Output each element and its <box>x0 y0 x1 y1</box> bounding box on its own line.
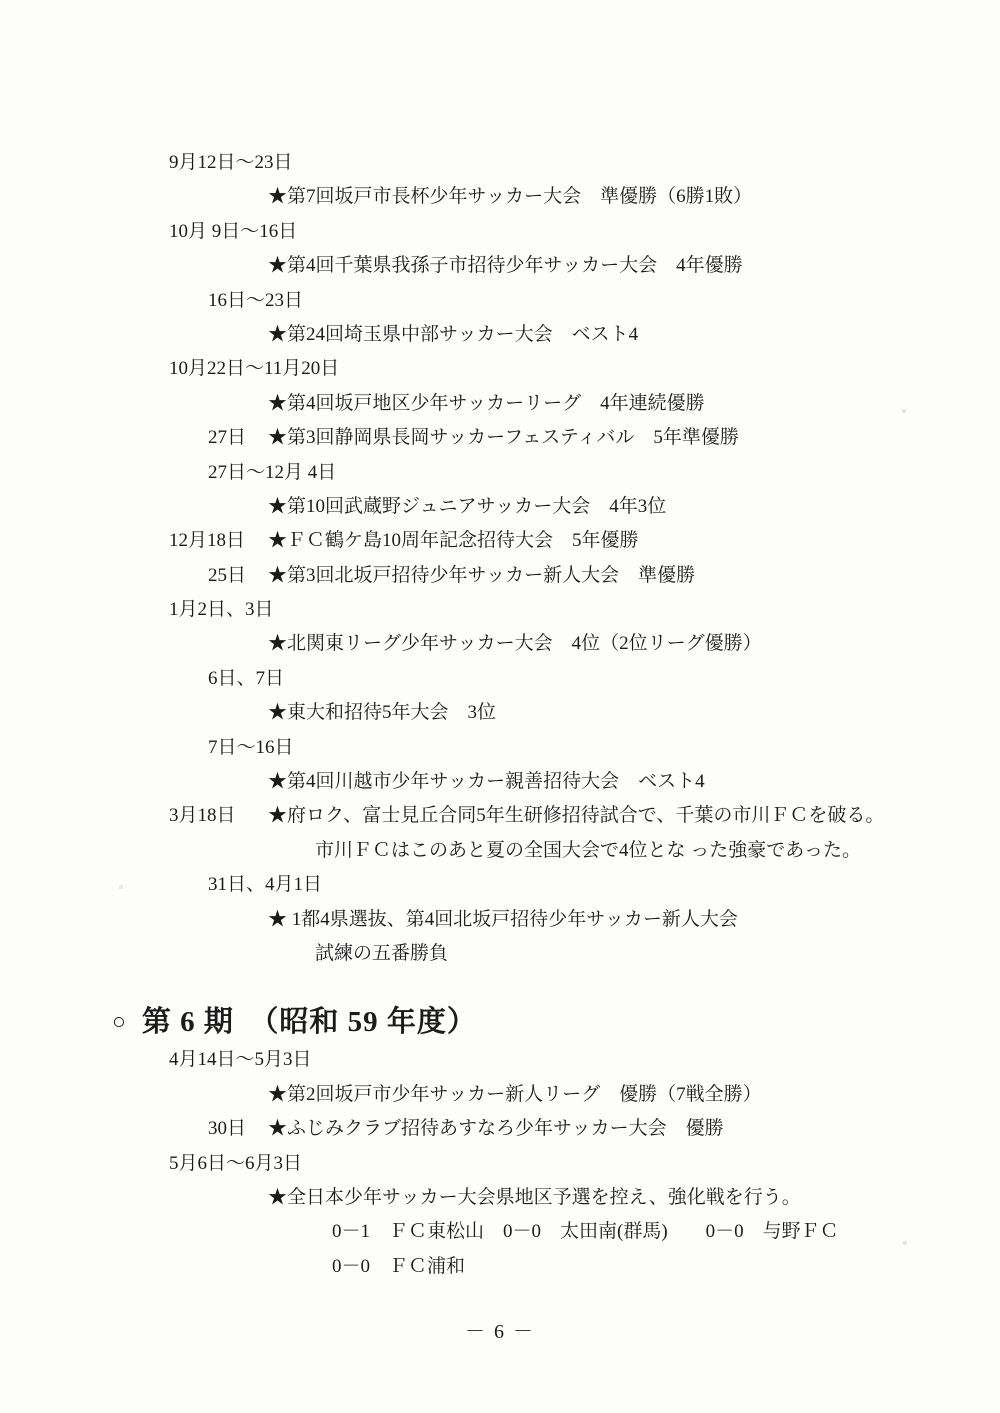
row-entry: ★北関東リーグ少年サッカー大会 4位（2位リーグ優勝） <box>268 633 762 654</box>
section-heading: ○第 6 期 （昭和 59 年度） <box>0 1001 1000 1043</box>
row-date: 4月14日～5月3日 <box>169 1043 312 1077</box>
row-date: 10月 9日～16日 <box>169 215 297 249</box>
row-date: 3月18日 <box>169 799 268 833</box>
timeline-row: 27日～12月 4日 <box>0 456 1000 490</box>
timeline-row: 市川ＦＣはこのあと夏の全国大会で4位とな った強豪であった。 <box>0 834 1000 868</box>
row-entry: ★第4回千葉県我孫子市招待少年サッカー大会 4年優勝 <box>268 255 743 276</box>
row-date: 5月6日～6月3日 <box>169 1147 302 1181</box>
timeline-row: 9月12日～23日 <box>0 146 1000 180</box>
timeline-row: ★第7回坂戸市長杯少年サッカー大会 準優勝（6勝1敗） <box>0 180 1000 214</box>
timeline-row: ★東大和招待5年大会 3位 <box>0 696 1000 730</box>
row-date: 10月22日～11月20日 <box>169 352 339 386</box>
row-entry: 0－0 ＦＣ浦和 <box>332 1256 465 1277</box>
document-page: 9月12日～23日★第7回坂戸市長杯少年サッカー大会 準優勝（6勝1敗）10月 … <box>0 0 1000 1413</box>
row-date: 27日～12月 4日 <box>208 456 336 490</box>
page-number: － 6 － <box>0 1320 1000 1344</box>
row-date: 12月18日 <box>169 524 268 558</box>
row-date: 31日、4月1日 <box>208 868 322 902</box>
row-entry: ★府ロク、富士見丘合同5年生研修招待試合で、千葉の市川ＦＣを破る。 <box>268 805 884 826</box>
timeline-row: ★第24回埼玉県中部サッカー大会 ベスト4 <box>0 318 1000 352</box>
timeline-row: 16日～23日 <box>0 284 1000 318</box>
timeline-row: 10月 9日～16日 <box>0 215 1000 249</box>
row-date: 27日 <box>208 421 268 455</box>
row-entry: ★ 1都4県選抜、第4回北坂戸招待少年サッカー新人大会 <box>268 909 738 930</box>
timeline-row: 試練の五番勝負 <box>0 937 1000 971</box>
timeline-row: 12月18日★ＦＣ鶴ケ島10周年記念招待大会 5年優勝 <box>0 524 1000 558</box>
row-date: 1月2日、3日 <box>169 593 274 627</box>
row-entry: ★第3回北坂戸招待少年サッカー新人大会 準優勝 <box>268 565 695 586</box>
timeline-row: 7日～16日 <box>0 731 1000 765</box>
row-date: 25日 <box>208 559 268 593</box>
row-entry: ★東大和招待5年大会 3位 <box>268 702 496 723</box>
document-content: 9月12日～23日★第7回坂戸市長杯少年サッカー大会 準優勝（6勝1敗）10月 … <box>0 146 1000 1284</box>
row-date: 7日～16日 <box>208 731 294 765</box>
timeline-row: 6日、7日 <box>0 662 1000 696</box>
timeline-row: ★第4回千葉県我孫子市招待少年サッカー大会 4年優勝 <box>0 249 1000 283</box>
timeline-row: ★第10回武蔵野ジュニアサッカー大会 4年3位 <box>0 490 1000 524</box>
timeline-row: ★北関東リーグ少年サッカー大会 4位（2位リーグ優勝） <box>0 627 1000 661</box>
timeline-row: 25日★第3回北坂戸招待少年サッカー新人大会 準優勝 <box>0 559 1000 593</box>
row-entry: 0－1 ＦＣ東松山 0－0 太田南(群馬) 0－0 与野ＦＣ <box>332 1221 839 1242</box>
row-entry: ★第4回坂戸地区少年サッカーリーグ 4年連続優勝 <box>268 393 705 414</box>
row-entry: ★第2回坂戸市少年サッカー新人リーグ 優勝（7戦全勝） <box>268 1084 762 1105</box>
row-entry: ★第24回埼玉県中部サッカー大会 ベスト4 <box>268 324 638 345</box>
timeline-row: ★第4回川越市少年サッカー親善招待大会 ベスト4 <box>0 765 1000 799</box>
row-entry: ★第4回川越市少年サッカー親善招待大会 ベスト4 <box>268 771 705 792</box>
timeline-row: ★ 1都4県選抜、第4回北坂戸招待少年サッカー新人大会 <box>0 903 1000 937</box>
timeline-row: 3月18日★府ロク、富士見丘合同5年生研修招待試合で、千葉の市川ＦＣを破る。 <box>0 799 1000 833</box>
timeline-row: 10月22日～11月20日 <box>0 352 1000 386</box>
row-date: 16日～23日 <box>208 284 303 318</box>
row-entry: ★第7回坂戸市長杯少年サッカー大会 準優勝（6勝1敗） <box>268 186 752 207</box>
row-entry: ★第10回武蔵野ジュニアサッカー大会 4年3位 <box>268 496 666 517</box>
section-title: 第 6 期 （昭和 59 年度） <box>142 1001 477 1043</box>
row-entry: ★ふじみクラブ招待あすなろ少年サッカー大会 優勝 <box>268 1118 724 1139</box>
timeline-row: 31日、4月1日 <box>0 868 1000 902</box>
timeline-row: ★第2回坂戸市少年サッカー新人リーグ 優勝（7戦全勝） <box>0 1078 1000 1112</box>
row-date: 6日、7日 <box>208 662 284 696</box>
timeline-row: 27日★第3回静岡県長岡サッカーフェスティバル 5年準優勝 <box>0 421 1000 455</box>
timeline-row: 0－0 ＦＣ浦和 <box>0 1250 1000 1284</box>
timeline-row: 4月14日～5月3日 <box>0 1043 1000 1077</box>
row-entry: 市川ＦＣはこのあと夏の全国大会で4位とな った強豪であった。 <box>315 840 861 861</box>
row-entry: 試練の五番勝負 <box>315 943 448 964</box>
timeline-row: 0－1 ＦＣ東松山 0－0 太田南(群馬) 0－0 与野ＦＣ <box>0 1215 1000 1249</box>
timeline-row: 1月2日、3日 <box>0 593 1000 627</box>
row-date: 9月12日～23日 <box>169 146 293 180</box>
section-marker-circle-icon: ○ <box>112 1001 126 1043</box>
timeline-row: 5月6日～6月3日 <box>0 1147 1000 1181</box>
timeline-row: 30日★ふじみクラブ招待あすなろ少年サッカー大会 優勝 <box>0 1112 1000 1146</box>
timeline-row: ★第4回坂戸地区少年サッカーリーグ 4年連続優勝 <box>0 387 1000 421</box>
row-entry: ★ＦＣ鶴ケ島10周年記念招待大会 5年優勝 <box>268 530 639 551</box>
row-entry: ★全日本少年サッカー大会県地区予選を控え、強化戦を行う。 <box>268 1187 801 1208</box>
row-date: 30日 <box>208 1112 268 1146</box>
timeline-row: ★全日本少年サッカー大会県地区予選を控え、強化戦を行う。 <box>0 1181 1000 1215</box>
row-entry: ★第3回静岡県長岡サッカーフェスティバル 5年準優勝 <box>268 427 739 448</box>
